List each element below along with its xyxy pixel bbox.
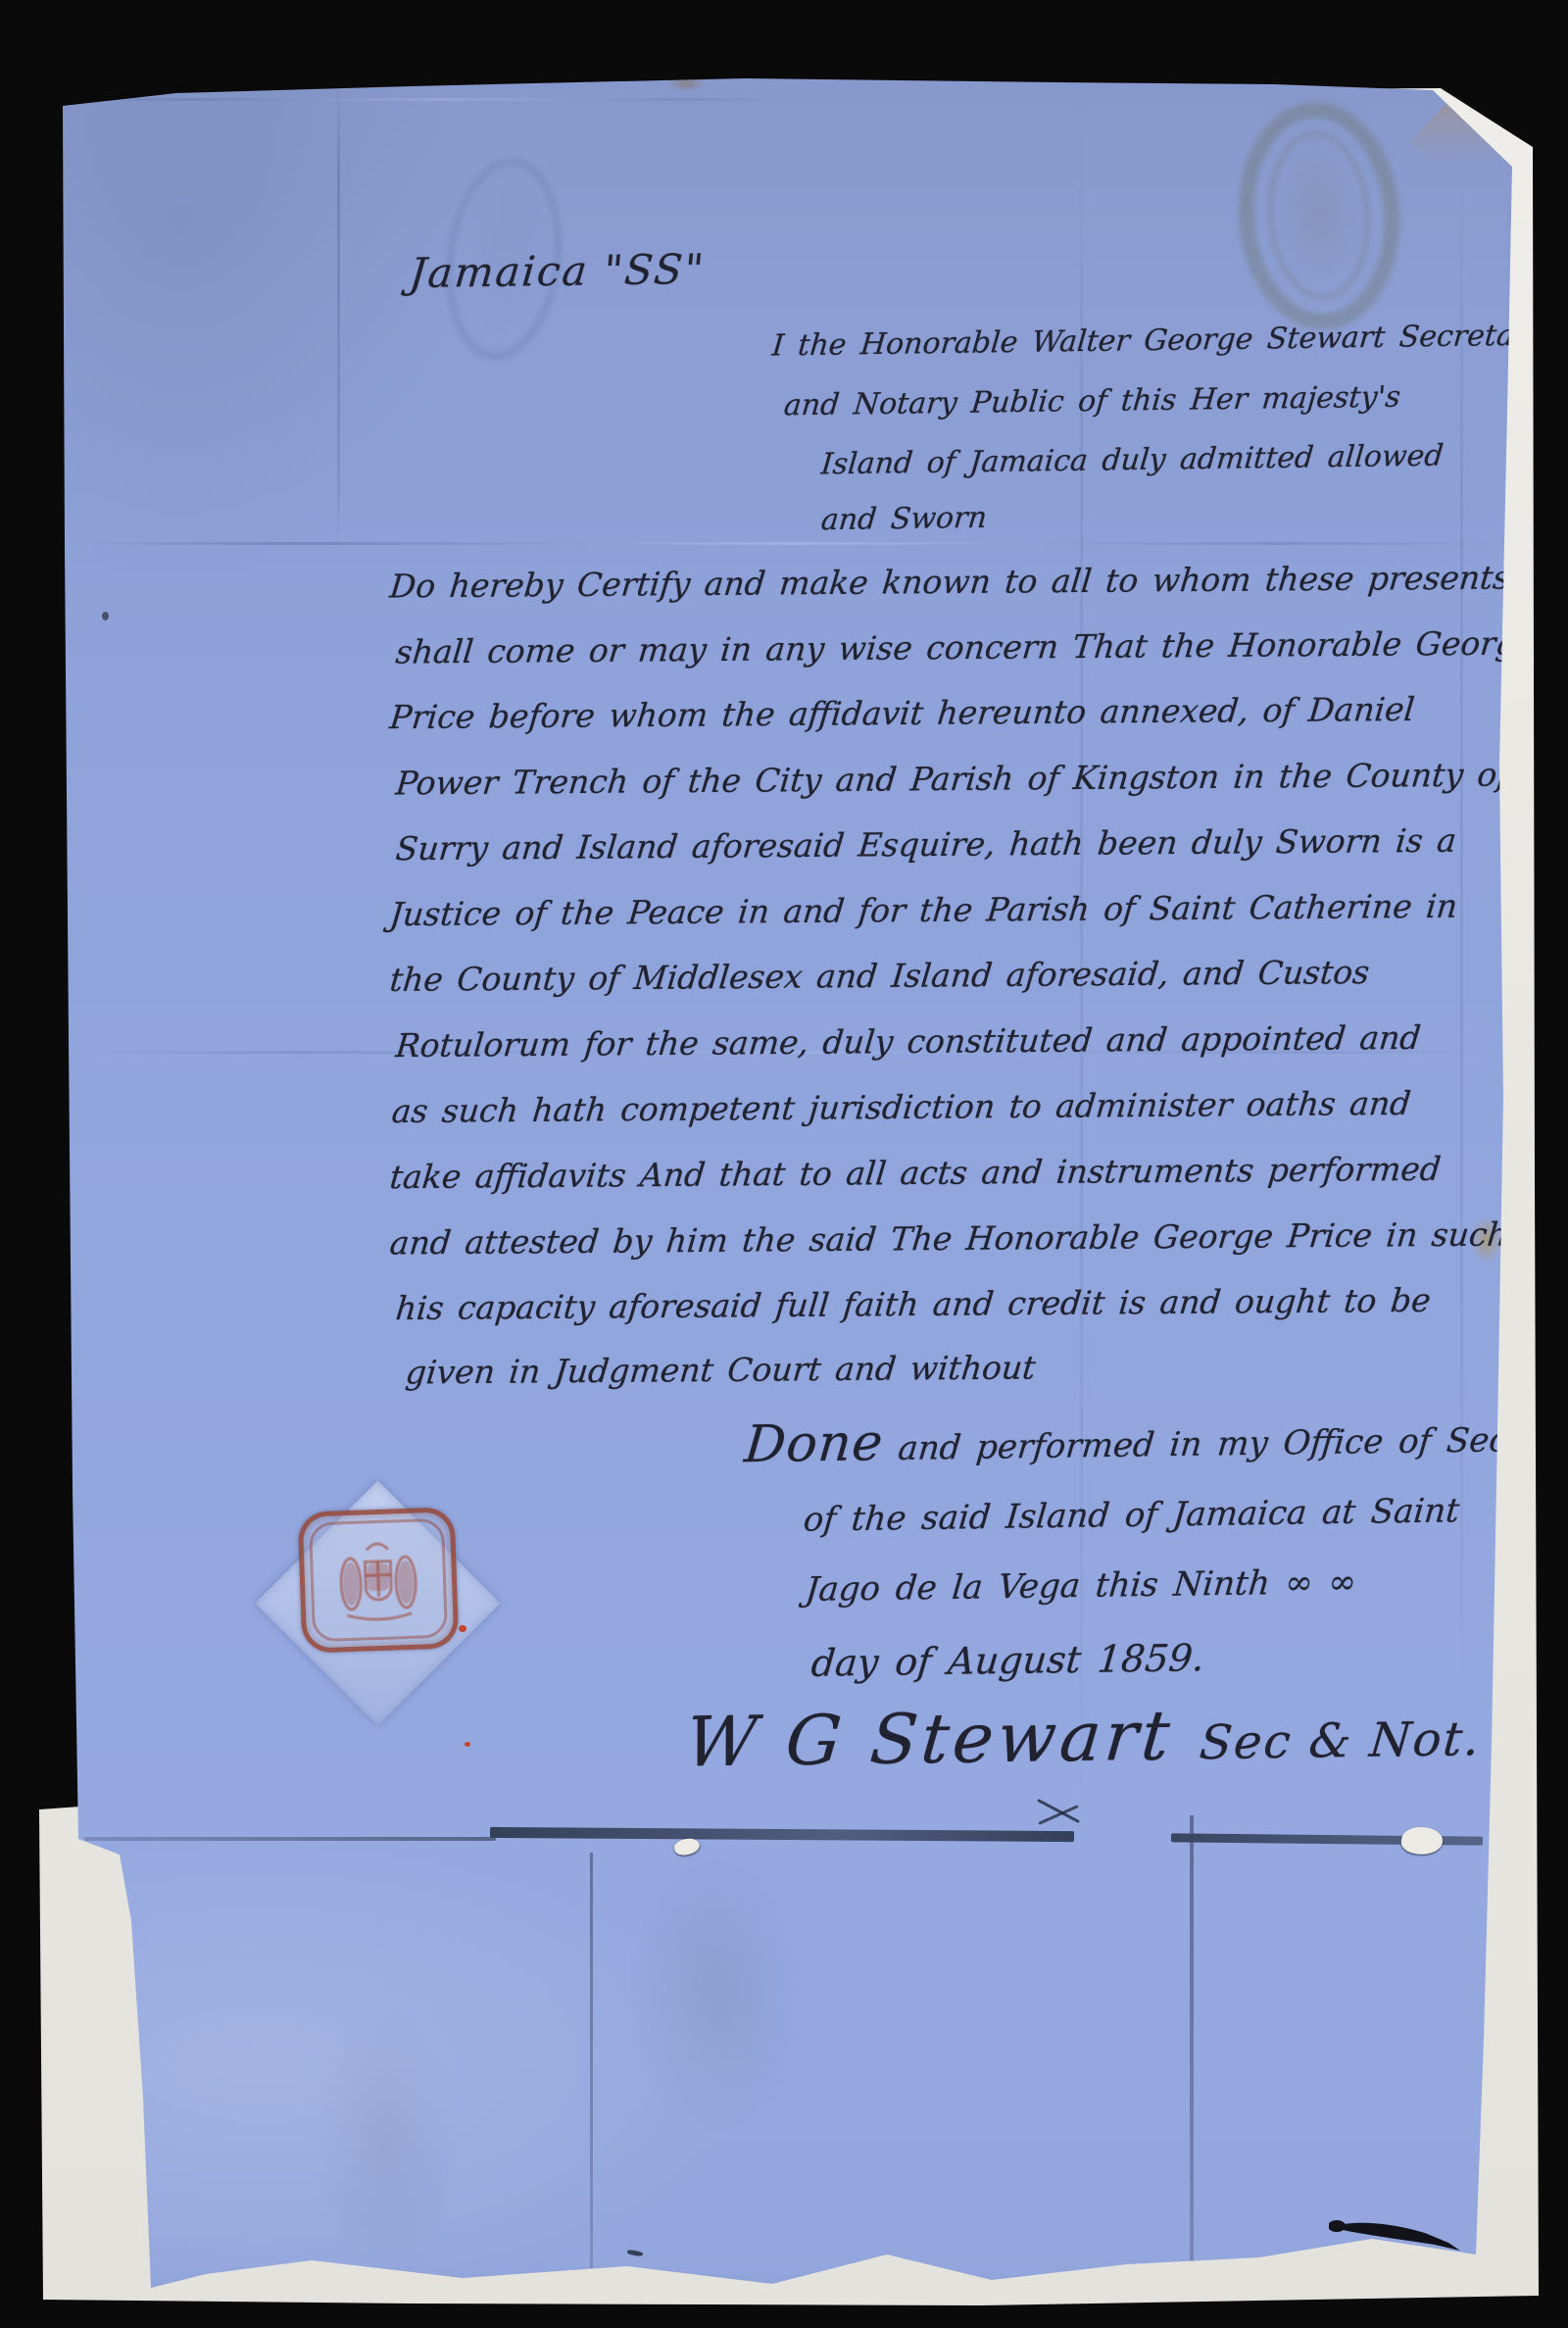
scanned-document: Jamaica "SS" I the Honorable Walter Geor… xyxy=(0,0,1568,2328)
torn-fold-line xyxy=(84,1837,496,1841)
fold-crease xyxy=(83,542,1494,545)
closing-line-rest: and performed in my Office of Secretary xyxy=(897,1419,1568,1468)
handwritten-line: and Sworn xyxy=(819,501,988,537)
handwritten-line: given in Judgment Court and without xyxy=(404,1348,1037,1391)
jamaica-arms-wax-seal-icon xyxy=(298,1507,460,1653)
fold-crease xyxy=(590,1853,593,2268)
signature: W G StewartSec & Not. Pub xyxy=(682,1689,1568,1782)
red-ink-speck xyxy=(465,1742,470,1747)
bleedthrough-oval-stamp-inner xyxy=(1262,128,1376,304)
handwritten-line: Jago de la Vega this Ninth ∞ ∞ xyxy=(804,1562,1358,1610)
document-title: Jamaica "SS" xyxy=(408,245,708,297)
handwritten-line: the County of Middlesex and Island afore… xyxy=(388,953,1371,999)
fold-crease xyxy=(1190,1815,1194,2276)
fold-crease xyxy=(337,82,340,553)
handwritten-line: as such hath competent jurisdiction to a… xyxy=(390,1084,1412,1130)
blue-letter-paper: Jamaica "SS" I the Honorable Walter Geor… xyxy=(0,0,1568,2328)
handwritten-line: Price before whom the affidavit hereunto… xyxy=(388,690,1416,736)
paper-speck xyxy=(102,612,109,620)
fold-crease xyxy=(83,98,789,101)
signature-name: W G Stewart xyxy=(682,1695,1177,1782)
red-ink-speck xyxy=(459,1625,466,1632)
closing-lead-word: Done xyxy=(742,1413,886,1474)
handwritten-line: his capacity aforesaid full faith and cr… xyxy=(394,1281,1433,1327)
wax-seal-arms xyxy=(303,1511,455,1648)
handwritten-line: day of August 1859. xyxy=(809,1636,1206,1685)
handwritten-line: Done and performed in my Office of Secre… xyxy=(742,1404,1568,1474)
handwritten-line: Rotulorum for the same, duly constituted… xyxy=(394,1018,1422,1065)
